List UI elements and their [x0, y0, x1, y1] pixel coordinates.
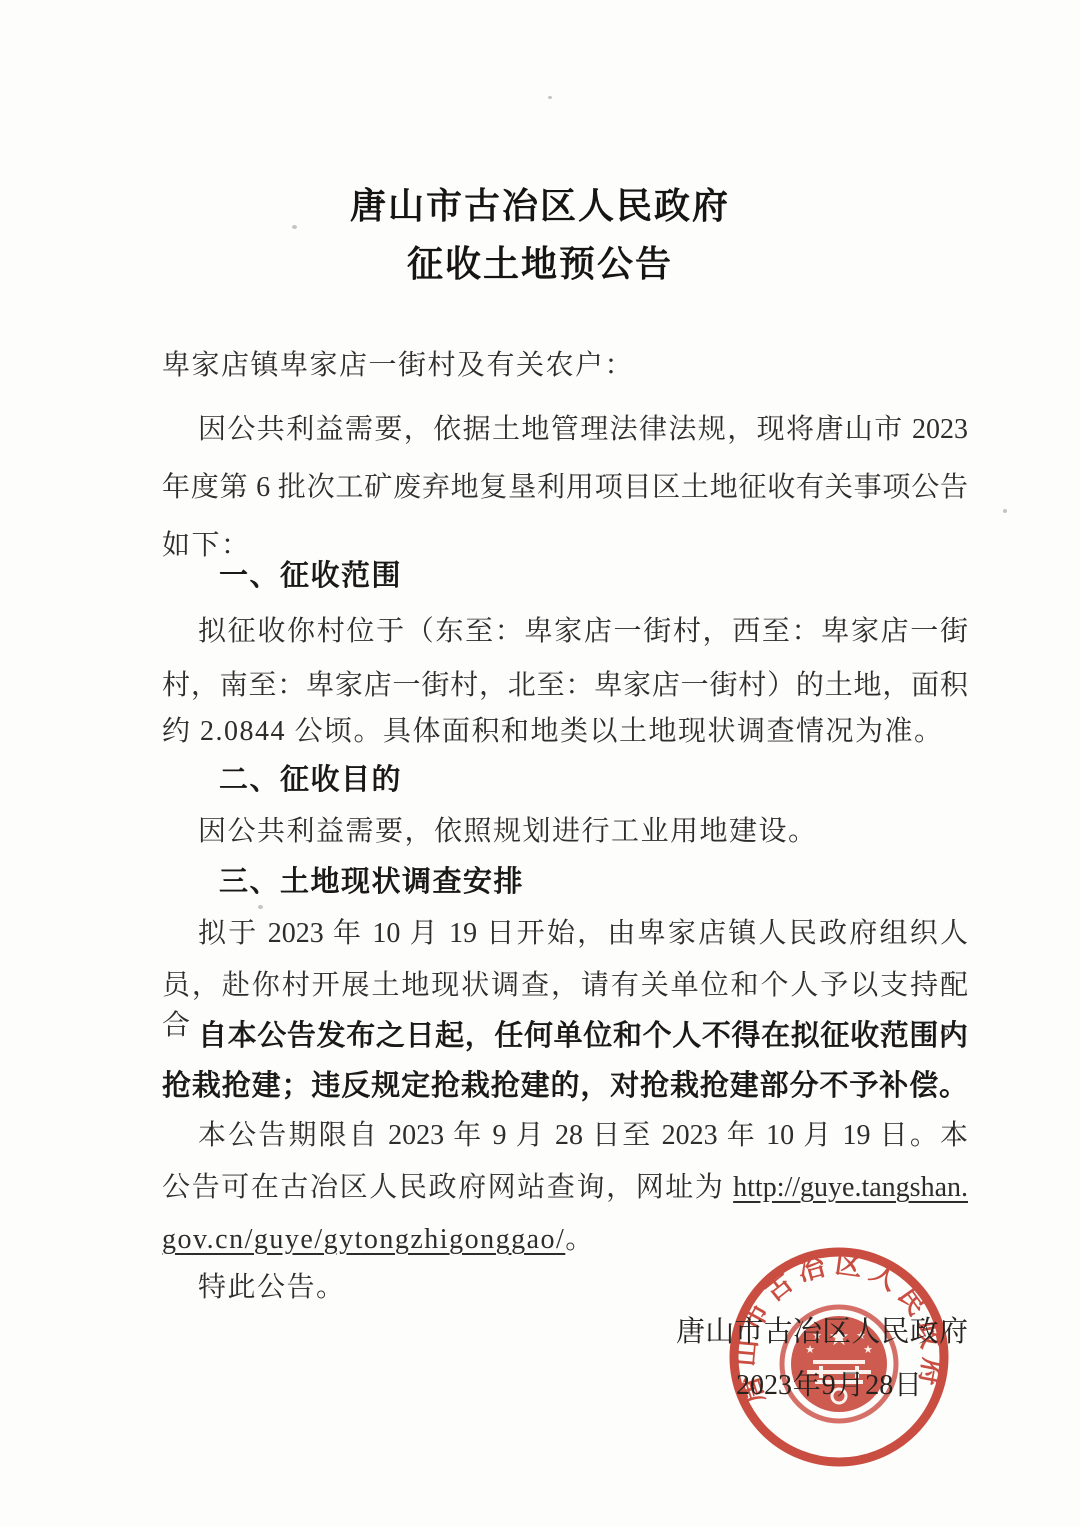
section-1-line-1: 拟征收你村位于（东至：卑家店一街村，西至：卑家店一街 [162, 612, 968, 652]
section-1-heading: 一、征收范围 [162, 556, 968, 596]
document-title-line-1: 唐山市古冶区人民政府 [0, 182, 1080, 230]
section-1-line-3: 约 2.0844 公顷。具体面积和地类以土地现状调查情况为准。 [162, 712, 968, 752]
scan-speck [1003, 509, 1007, 513]
closing-line: 特此公告。 [162, 1268, 968, 1308]
scan-speck [258, 905, 263, 909]
section-2-heading: 二、征收目的 [162, 760, 968, 800]
website-url-part-1: http://guye.tangshan. [733, 1172, 968, 1203]
salutation-line: 卑家店镇卑家店一街村及有关农户： [162, 346, 968, 386]
warning-line-2: 抢栽抢建；违反规定抢栽抢建的，对抢栽抢建部分不予补偿。 [162, 1066, 968, 1106]
intro-line-2: 年度第 6 批次工矿废弃地复垦利用项目区土地征收有关事项公告 [162, 468, 968, 508]
warning-line-1: 自本公告发布之日起，任何单位和个人不得在拟征收范围内 [162, 1016, 968, 1056]
intro-line-1: 因公共利益需要，依据土地管理法律法规，现将唐山市 2023 [162, 410, 968, 450]
scan-speck [548, 96, 552, 99]
scanned-document-page: 唐山市古冶区人民政府 征收土地预公告 卑家店镇卑家店一街村及有关农户： 因公共利… [0, 0, 1080, 1526]
validity-line-3-period: 。 [565, 1224, 595, 1255]
issuer-signature: 唐山市古冶区人民政府 [676, 1312, 968, 1352]
section-3-heading: 三、土地现状调查安排 [162, 862, 968, 902]
document-title-line-2: 征收土地预公告 [0, 240, 1080, 288]
section-1-line-2: 村，南至：卑家店一街村，北至：卑家店一街村）的土地，面积 [162, 666, 968, 706]
validity-line-3: gov.cn/guye/gytongzhigonggao/。 [162, 1220, 968, 1260]
section-2-line-1: 因公共利益需要，依照规划进行工业用地建设。 [162, 812, 968, 852]
validity-line-2-text: 公告可在古冶区人民政府网站查询，网址为 [162, 1172, 733, 1203]
validity-line-1: 本公告期限自 2023 年 9 月 28 日至 2023 年 10 月 19 日… [162, 1116, 968, 1156]
issue-date: 2023年9月28日 [736, 1366, 922, 1406]
section-3-line-1: 拟于 2023 年 10 月 19 日开始，由卑家店镇人民政府组织人 [162, 914, 968, 954]
validity-line-2: 公告可在古冶区人民政府网站查询，网址为 http://guye.tangshan… [162, 1168, 968, 1208]
website-url-part-2: gov.cn/guye/gytongzhigonggao/ [162, 1224, 565, 1255]
